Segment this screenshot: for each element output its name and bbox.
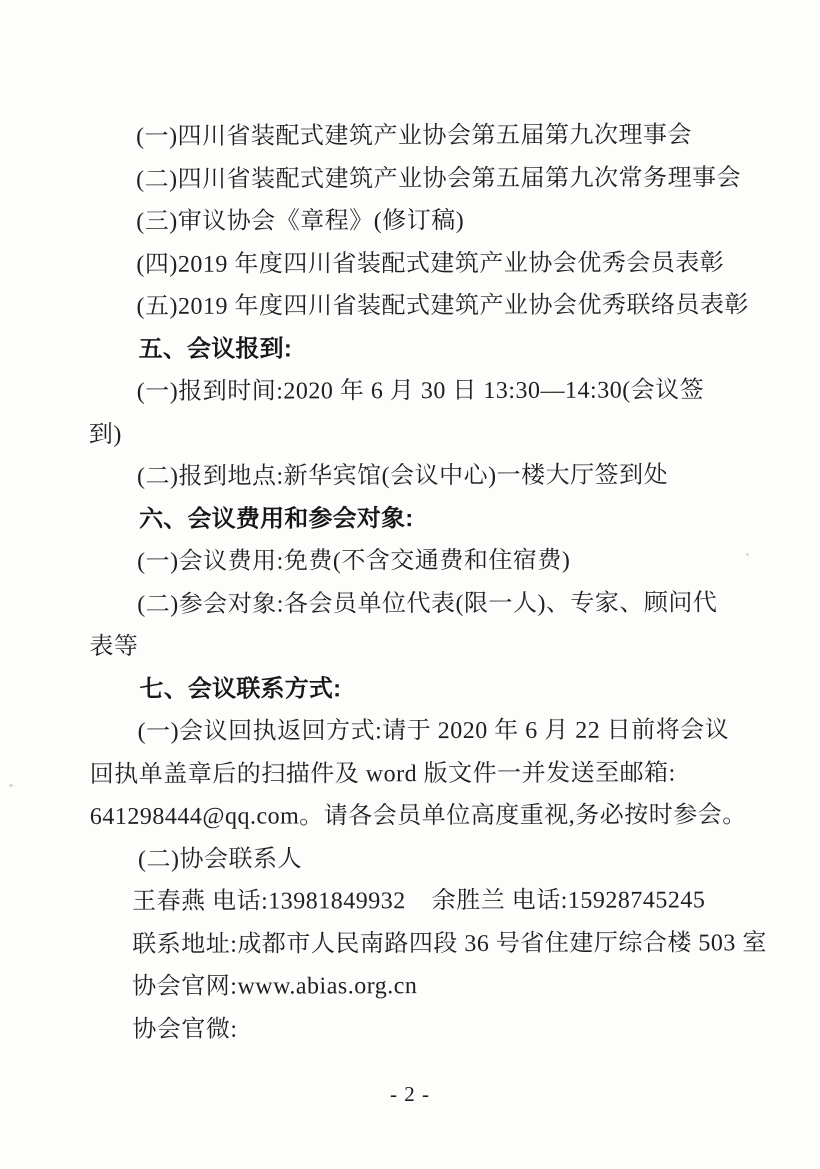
contact-address: 联系地址:成都市人民南路四段 36 号省住建厅综合楼 503 室	[90, 922, 800, 966]
list-item: (一)会议回执返回方式:请于 2020 年 6 月 22 日前将会议	[90, 709, 800, 753]
agenda-item: (三)审议协会《章程》(修订稿)	[88, 199, 798, 243]
agenda-item: (二)四川省装配式建筑产业协会第五届第九次常务理事会	[88, 157, 798, 201]
email-line: 641298444@qq.com。请各会员单位高度重视,务必按时参会。	[90, 794, 800, 838]
list-item: (二)报到地点:新华宾馆(会议中心)一楼大厅签到处	[89, 454, 799, 498]
list-item: (二)协会联系人	[90, 837, 800, 881]
document-page: (一)四川省装配式建筑产业协会第五届第九次理事会 (二)四川省装配式建筑产业协会…	[0, 0, 820, 1169]
section-heading: 六、会议费用和参会对象:	[89, 497, 799, 541]
list-item: (二)参会对象:各会员单位代表(限一人)、专家、顾问代	[89, 582, 799, 626]
scan-speck	[746, 553, 749, 556]
document-body: (一)四川省装配式建筑产业协会第五届第九次理事会 (二)四川省装配式建筑产业协会…	[88, 114, 800, 1051]
agenda-item: (四)2019 年度四川省装配式建筑产业协会优秀会员表彰	[88, 242, 798, 286]
line-continuation: 回执单盖章后的扫描件及 word 版文件一并发送至邮箱:	[90, 752, 800, 796]
page-number: - 2 -	[0, 1082, 820, 1107]
list-item: (一)报到时间:2020 年 6 月 30 日 13:30—14:30(会议签	[89, 369, 799, 413]
section-heading: 七、会议联系方式:	[89, 667, 799, 711]
contact-website: 协会官网:www.abias.org.cn	[90, 964, 800, 1008]
line-continuation: 到)	[89, 412, 799, 456]
agenda-item: (五)2019 年度四川省装配式建筑产业协会优秀联络员表彰	[88, 284, 798, 328]
list-item: (一)会议费用:免费(不含交通费和住宿费)	[89, 539, 799, 583]
contact-wechat: 协会官微:	[90, 1007, 800, 1051]
line-continuation: 表等	[89, 624, 799, 668]
agenda-item: (一)四川省装配式建筑产业协会第五届第九次理事会	[88, 114, 798, 158]
section-heading: 五、会议报到:	[89, 327, 799, 371]
contact-phones: 王春燕 电话:13981849932 余胜兰 电话:15928745245	[90, 879, 800, 923]
scan-speck	[9, 784, 13, 787]
